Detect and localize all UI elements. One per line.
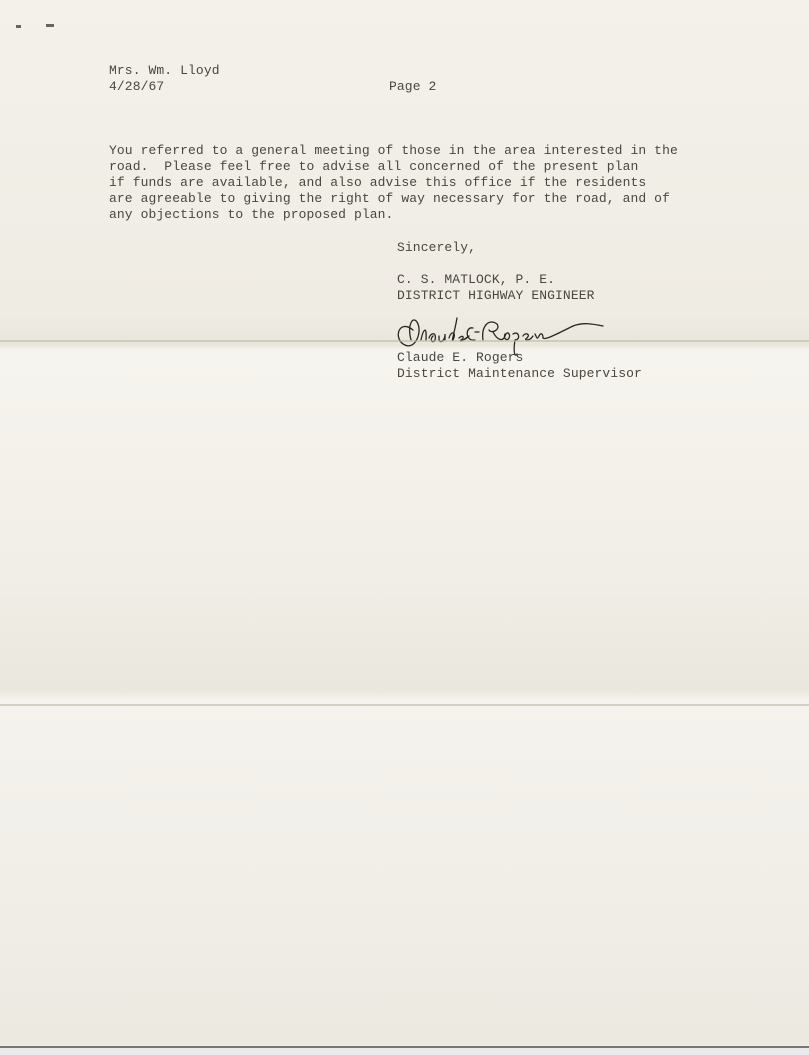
signer-title: District Maintenance Supervisor (397, 366, 642, 382)
authority-block: C. S. MATLOCK, P. E.DISTRICT HIGHWAY ENG… (397, 272, 595, 304)
paper-fold-line (0, 704, 809, 706)
body-line: any objections to the proposed plan. (109, 207, 678, 223)
body-line: You referred to a general meeting of tho… (109, 143, 678, 159)
scan-bottom-edge (0, 1046, 809, 1055)
closing: Sincerely, (397, 240, 476, 256)
signer-block: Claude E. RogersDistrict Maintenance Sup… (397, 350, 642, 382)
letter-header: Mrs. Wm. Lloyd4/28/67 (109, 63, 220, 95)
paper-mark (16, 24, 64, 30)
authority-name: C. S. MATLOCK, P. E. (397, 272, 595, 288)
page-number: Page 2 (389, 79, 436, 95)
letter-page: Mrs. Wm. Lloyd4/28/67 Page 2 You referre… (0, 0, 809, 1045)
signer-name: Claude E. Rogers (397, 350, 642, 366)
body-line: are agreeable to giving the right of way… (109, 191, 678, 207)
recipient: Mrs. Wm. Lloyd (109, 63, 220, 79)
body-line: road. Please feel free to advise all con… (109, 159, 678, 175)
body-line: if funds are available, and also advise … (109, 175, 678, 191)
authority-title: DISTRICT HIGHWAY ENGINEER (397, 288, 595, 304)
body-paragraph: You referred to a general meeting of tho… (109, 143, 678, 223)
letter-date: 4/28/67 (109, 79, 220, 95)
paper-fold-line (0, 340, 809, 342)
